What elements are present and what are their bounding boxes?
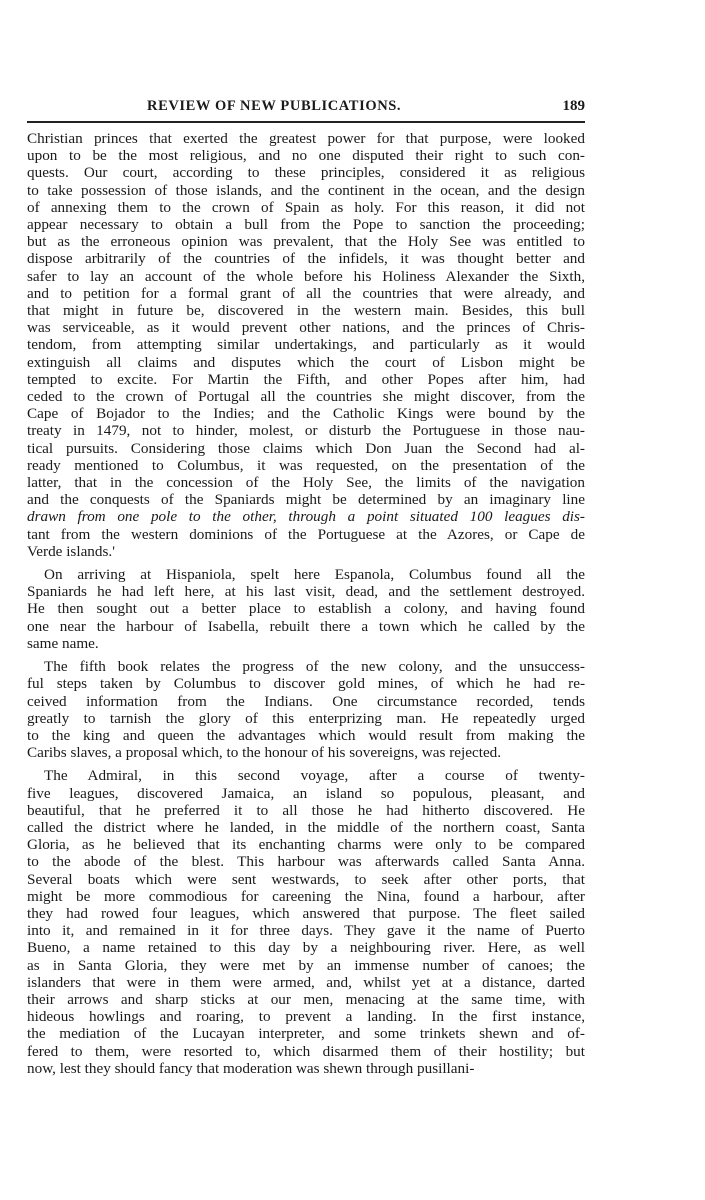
text-line: one near the harbour of Isabella, rebuil…	[27, 618, 585, 635]
running-head: REVIEW OF NEW PUBLICATIONS. 189	[27, 98, 585, 118]
text-line: to the abode of the blest. This harbour …	[27, 853, 585, 870]
text-line: beautiful, that he preferred it to all t…	[27, 802, 585, 819]
text-line: to the king and queen the advantages whi…	[27, 727, 585, 744]
text-line: On arriving at Hispaniola, spelt here Es…	[27, 566, 585, 583]
running-title: REVIEW OF NEW PUBLICATIONS.	[147, 98, 401, 115]
page-number: 189	[563, 98, 586, 115]
header-rule	[27, 121, 585, 123]
text-line: greatly to tarnish the glory of this ent…	[27, 710, 585, 727]
text-line: upon to be the most religious, and no on…	[27, 147, 585, 164]
text-line: Spaniards he had left here, at his last …	[27, 583, 585, 600]
text-line: tempted to excite. For Martin the Fifth,…	[27, 371, 585, 388]
text-line: tical pursuits. Considering those claims…	[27, 440, 585, 457]
body-text: Christian princes that exerted the great…	[27, 130, 585, 1077]
paragraph-3: The fifth book relates the progress of t…	[27, 658, 585, 761]
text-line: Cape of Bojador to the Indies; and the C…	[27, 405, 585, 422]
text-line: same name.	[27, 635, 585, 652]
paragraph-4: The Admiral, in this second voyage, afte…	[27, 767, 585, 1077]
text-line: tendom, from attempting similar undertak…	[27, 336, 585, 353]
text-line: the mediation of the Lucayan interpreter…	[27, 1025, 585, 1042]
paragraph-2: On arriving at Hispaniola, spelt here Es…	[27, 566, 585, 652]
text-line: treaty in 1479, not to hinder, molest, o…	[27, 422, 585, 439]
text-line: into it, and remained in it for three da…	[27, 922, 585, 939]
text-line: Caribs slaves, a proposal which, to the …	[27, 744, 585, 761]
text-line: latter, that in the concession of the Ho…	[27, 474, 585, 491]
text-line: Bueno, a name retained to this day by a …	[27, 939, 585, 956]
text-line: tant from the western dominions of the P…	[27, 526, 585, 543]
text-line: as in Santa Gloria, they were met by an …	[27, 957, 585, 974]
text-line: The fifth book relates the progress of t…	[27, 658, 585, 675]
text-line: ceded to the crown of Portugal all the c…	[27, 388, 585, 405]
text-line: called the district where he landed, in …	[27, 819, 585, 836]
text-line: Gloria, as he believed that its enchanti…	[27, 836, 585, 853]
paragraph-1: Christian princes that exerted the great…	[27, 130, 585, 560]
text-line: now, lest they should fancy that moderat…	[27, 1060, 585, 1077]
text-line: and the conquests of the Spaniards might…	[27, 491, 585, 508]
text-line: Christian princes that exerted the great…	[27, 130, 585, 147]
text-line: drawn from one pole to the other, throug…	[27, 508, 585, 525]
text-line: ceived information from the Indians. One…	[27, 693, 585, 710]
text-line: quests. Our court, according to these pr…	[27, 164, 585, 181]
text-line: appear necessary to obtain a bull from t…	[27, 216, 585, 233]
text-line: five leagues, discovered Jamaica, an isl…	[27, 785, 585, 802]
text-line: their arrows and sharp sticks at our men…	[27, 991, 585, 1008]
text-line: extinguish all claims and disputes which…	[27, 354, 585, 371]
text-line: He then sought out a better place to est…	[27, 600, 585, 617]
text-line: of annexing them to the crown of Spain a…	[27, 199, 585, 216]
text-line: safer to lay an account of the whole bef…	[27, 268, 585, 285]
text-line: they had rowed four leagues, which answe…	[27, 905, 585, 922]
text-line: and to petition for a formal grant of al…	[27, 285, 585, 302]
text-line: ful steps taken by Columbus to discover …	[27, 675, 585, 692]
text-line: fered to them, were resorted to, which d…	[27, 1043, 585, 1060]
text-line: The Admiral, in this second voyage, afte…	[27, 767, 585, 784]
text-line: Several boats which were sent westwards,…	[27, 871, 585, 888]
text-line: islanders that were in them were armed, …	[27, 974, 585, 991]
text-line: that might in future be, discovered in t…	[27, 302, 585, 319]
text-line: but as the erroneous opinion was prevale…	[27, 233, 585, 250]
text-line: dispose arbitrarily of the countries of …	[27, 250, 585, 267]
text-line: Verde islands.'	[27, 543, 585, 560]
text-line: ready mentioned to Columbus, it was requ…	[27, 457, 585, 474]
text-line: was serviceable, as it would prevent oth…	[27, 319, 585, 336]
text-line: to take possession of those islands, and…	[27, 182, 585, 199]
text-line: might be more commodious for careening t…	[27, 888, 585, 905]
text-line: hideous howlings and roaring, to prevent…	[27, 1008, 585, 1025]
